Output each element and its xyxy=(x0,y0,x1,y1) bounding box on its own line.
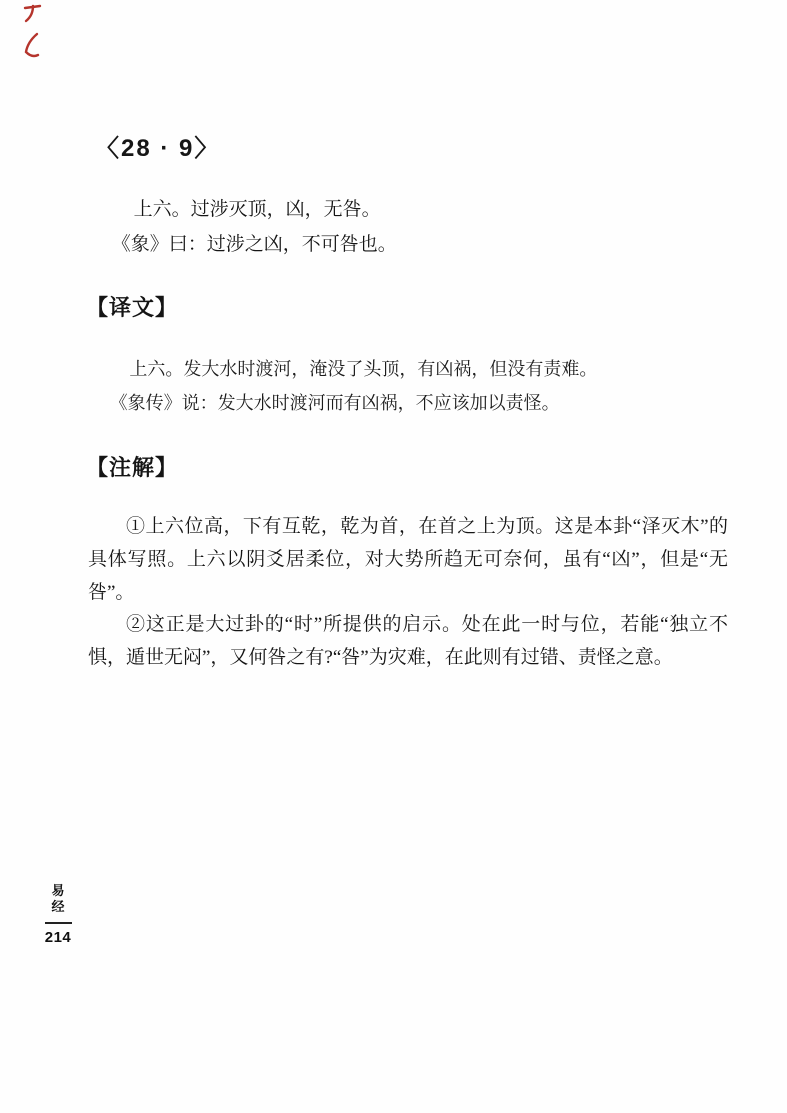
book-title: 易 经 xyxy=(43,883,73,915)
red-ink-mark-1 xyxy=(25,6,40,21)
xiang-commentary-statement: 《象》曰：过涉之凶，不可咎也。 xyxy=(88,228,728,261)
translation-line-2: 《象传》说：发大水时渡河而有凶祸，不应该加以责怪。 xyxy=(88,386,728,420)
footer-divider xyxy=(45,922,72,924)
note-1-paragraph: ①上六位高，下有互乾，乾为首，在首之上为顶。这是本卦“泽灭木”的具体写照。上六以… xyxy=(88,510,728,609)
section-number: 〈28 · 9〉 xyxy=(95,128,220,163)
hexagram-line-statement: 上六。过涉灭顶，凶，无咎。 xyxy=(88,193,728,226)
page-number: 214 xyxy=(43,929,73,946)
page-footer: 易 经 214 xyxy=(43,883,73,946)
notes-section-heading: 【注解】 xyxy=(86,451,178,482)
red-ink-mark-2 xyxy=(26,34,38,56)
translation-section-heading: 【译文】 xyxy=(86,291,178,322)
translation-line-1: 上六。发大水时渡河，淹没了头顶，有凶祸，但没有责难。 xyxy=(88,352,728,386)
red-ink-marks xyxy=(20,2,46,62)
book-title-char-2: 经 xyxy=(43,899,73,915)
book-title-char-1: 易 xyxy=(43,883,73,899)
book-page: 〈28 · 9〉 上六。过涉灭顶，凶，无咎。 《象》曰：过涉之凶，不可咎也。 【… xyxy=(0,0,787,1113)
note-2-paragraph: ②这正是大过卦的“时”所提供的启示。处在此一时与位，若能“独立不惧，遁世无闷”，… xyxy=(88,608,728,674)
